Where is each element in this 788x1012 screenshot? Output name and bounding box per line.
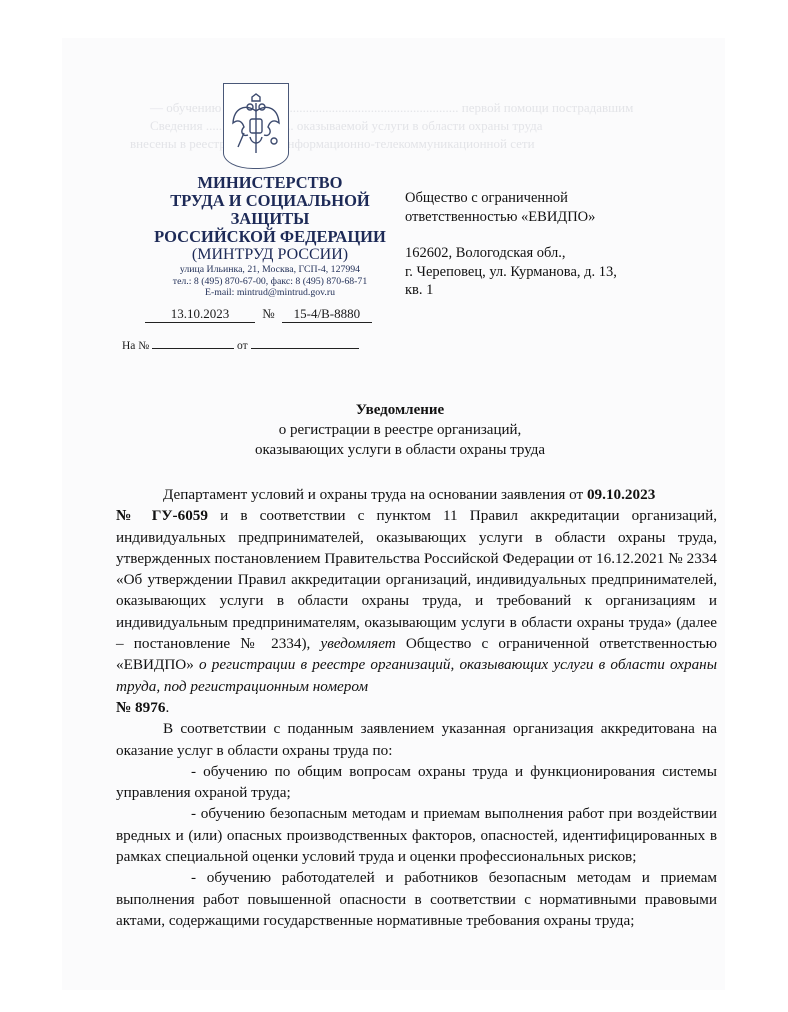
addressee-org: ответственностью «ЕВИДПО» bbox=[405, 208, 617, 227]
double-headed-eagle-icon bbox=[230, 93, 282, 159]
coat-of-arms-emblem bbox=[223, 83, 289, 169]
ministry-address: улица Ильинка, 21, Москва, ГСП-4, 127994 bbox=[150, 264, 390, 276]
addressee-address: г. Череповец, ул. Курманова, д. 13, bbox=[405, 263, 617, 282]
reply-number-blank bbox=[152, 348, 234, 349]
reply-date-blank bbox=[251, 348, 359, 349]
title-subtitle: оказывающих услуги в области охраны труд… bbox=[150, 440, 650, 460]
title-subtitle: о регистрации в реестре организаций, bbox=[150, 420, 650, 440]
reply-label: На № bbox=[122, 340, 149, 352]
ministry-name-line: ЗАЩИТЫ bbox=[150, 210, 390, 228]
title-heading: Уведомление bbox=[150, 400, 650, 420]
text: Департамент условий и охраны труда на ос… bbox=[163, 486, 587, 503]
ministry-name-line: ТРУДА И СОЦИАЛЬНОЙ bbox=[150, 192, 390, 210]
service-list-item: - обучению по общим вопросам охраны труд… bbox=[116, 761, 717, 804]
addressee-block: Общество с ограниченной ответственностью… bbox=[405, 189, 617, 300]
text: . bbox=[165, 699, 169, 716]
ministry-phones: тел.: 8 (495) 870-67-00, факс: 8 (495) 8… bbox=[150, 276, 390, 288]
from-label: от bbox=[237, 340, 248, 352]
addressee-address: 162602, Вологодская обл., bbox=[405, 244, 617, 263]
addressee-org: Общество с ограниченной bbox=[405, 189, 617, 208]
show-through-text: Сведения ........................... ока… bbox=[150, 118, 543, 134]
paragraph-accreditation: В соответствии с поданным заявлением ука… bbox=[116, 718, 717, 761]
addressee-address: кв. 1 bbox=[405, 281, 617, 300]
registration-statement: о регистрации в реестре организаций, ока… bbox=[116, 656, 717, 694]
ministry-name-line: РОССИЙСКОЙ ФЕДЕРАЦИИ bbox=[150, 228, 390, 246]
show-through-text: внесены в реестр ............ в информац… bbox=[130, 136, 535, 152]
letter-date: 13.10.2023 bbox=[145, 306, 255, 323]
ministry-abbreviation: (МИНТРУД РОССИИ) bbox=[150, 246, 390, 264]
paragraph-notification: Департамент условий и охраны труда на ос… bbox=[116, 484, 717, 718]
incoming-reference-line: На № от bbox=[122, 340, 359, 352]
number-label: № bbox=[262, 306, 274, 321]
registration-number: № 8976 bbox=[116, 699, 165, 716]
outgoing-registration-line: 13.10.2023 № 15-4/B-8880 bbox=[145, 306, 372, 323]
notifies-word: уведомляет bbox=[320, 635, 395, 652]
service-list-item: - обучению работодателей и работников бе… bbox=[116, 867, 717, 931]
application-number: № ГУ-6059 bbox=[116, 507, 208, 524]
ministry-email: E-mail: mintrud@mintrud.gov.ru bbox=[150, 287, 390, 299]
ministry-header: МИНИСТЕРСТВО ТРУДА И СОЦИАЛЬНОЙ ЗАЩИТЫ Р… bbox=[150, 174, 390, 299]
document-body: Департамент условий и охраны труда на ос… bbox=[116, 484, 717, 931]
text: и в соответствии с пунктом 11 Правил акк… bbox=[116, 507, 717, 652]
document-title: Уведомление о регистрации в реестре орга… bbox=[150, 400, 650, 460]
service-list-item: - обучению безопасным методам и приемам … bbox=[116, 803, 717, 867]
letter-number: 15-4/B-8880 bbox=[282, 306, 372, 323]
ministry-name-line: МИНИСТЕРСТВО bbox=[150, 174, 390, 192]
application-date: 09.10.2023 bbox=[587, 486, 655, 503]
